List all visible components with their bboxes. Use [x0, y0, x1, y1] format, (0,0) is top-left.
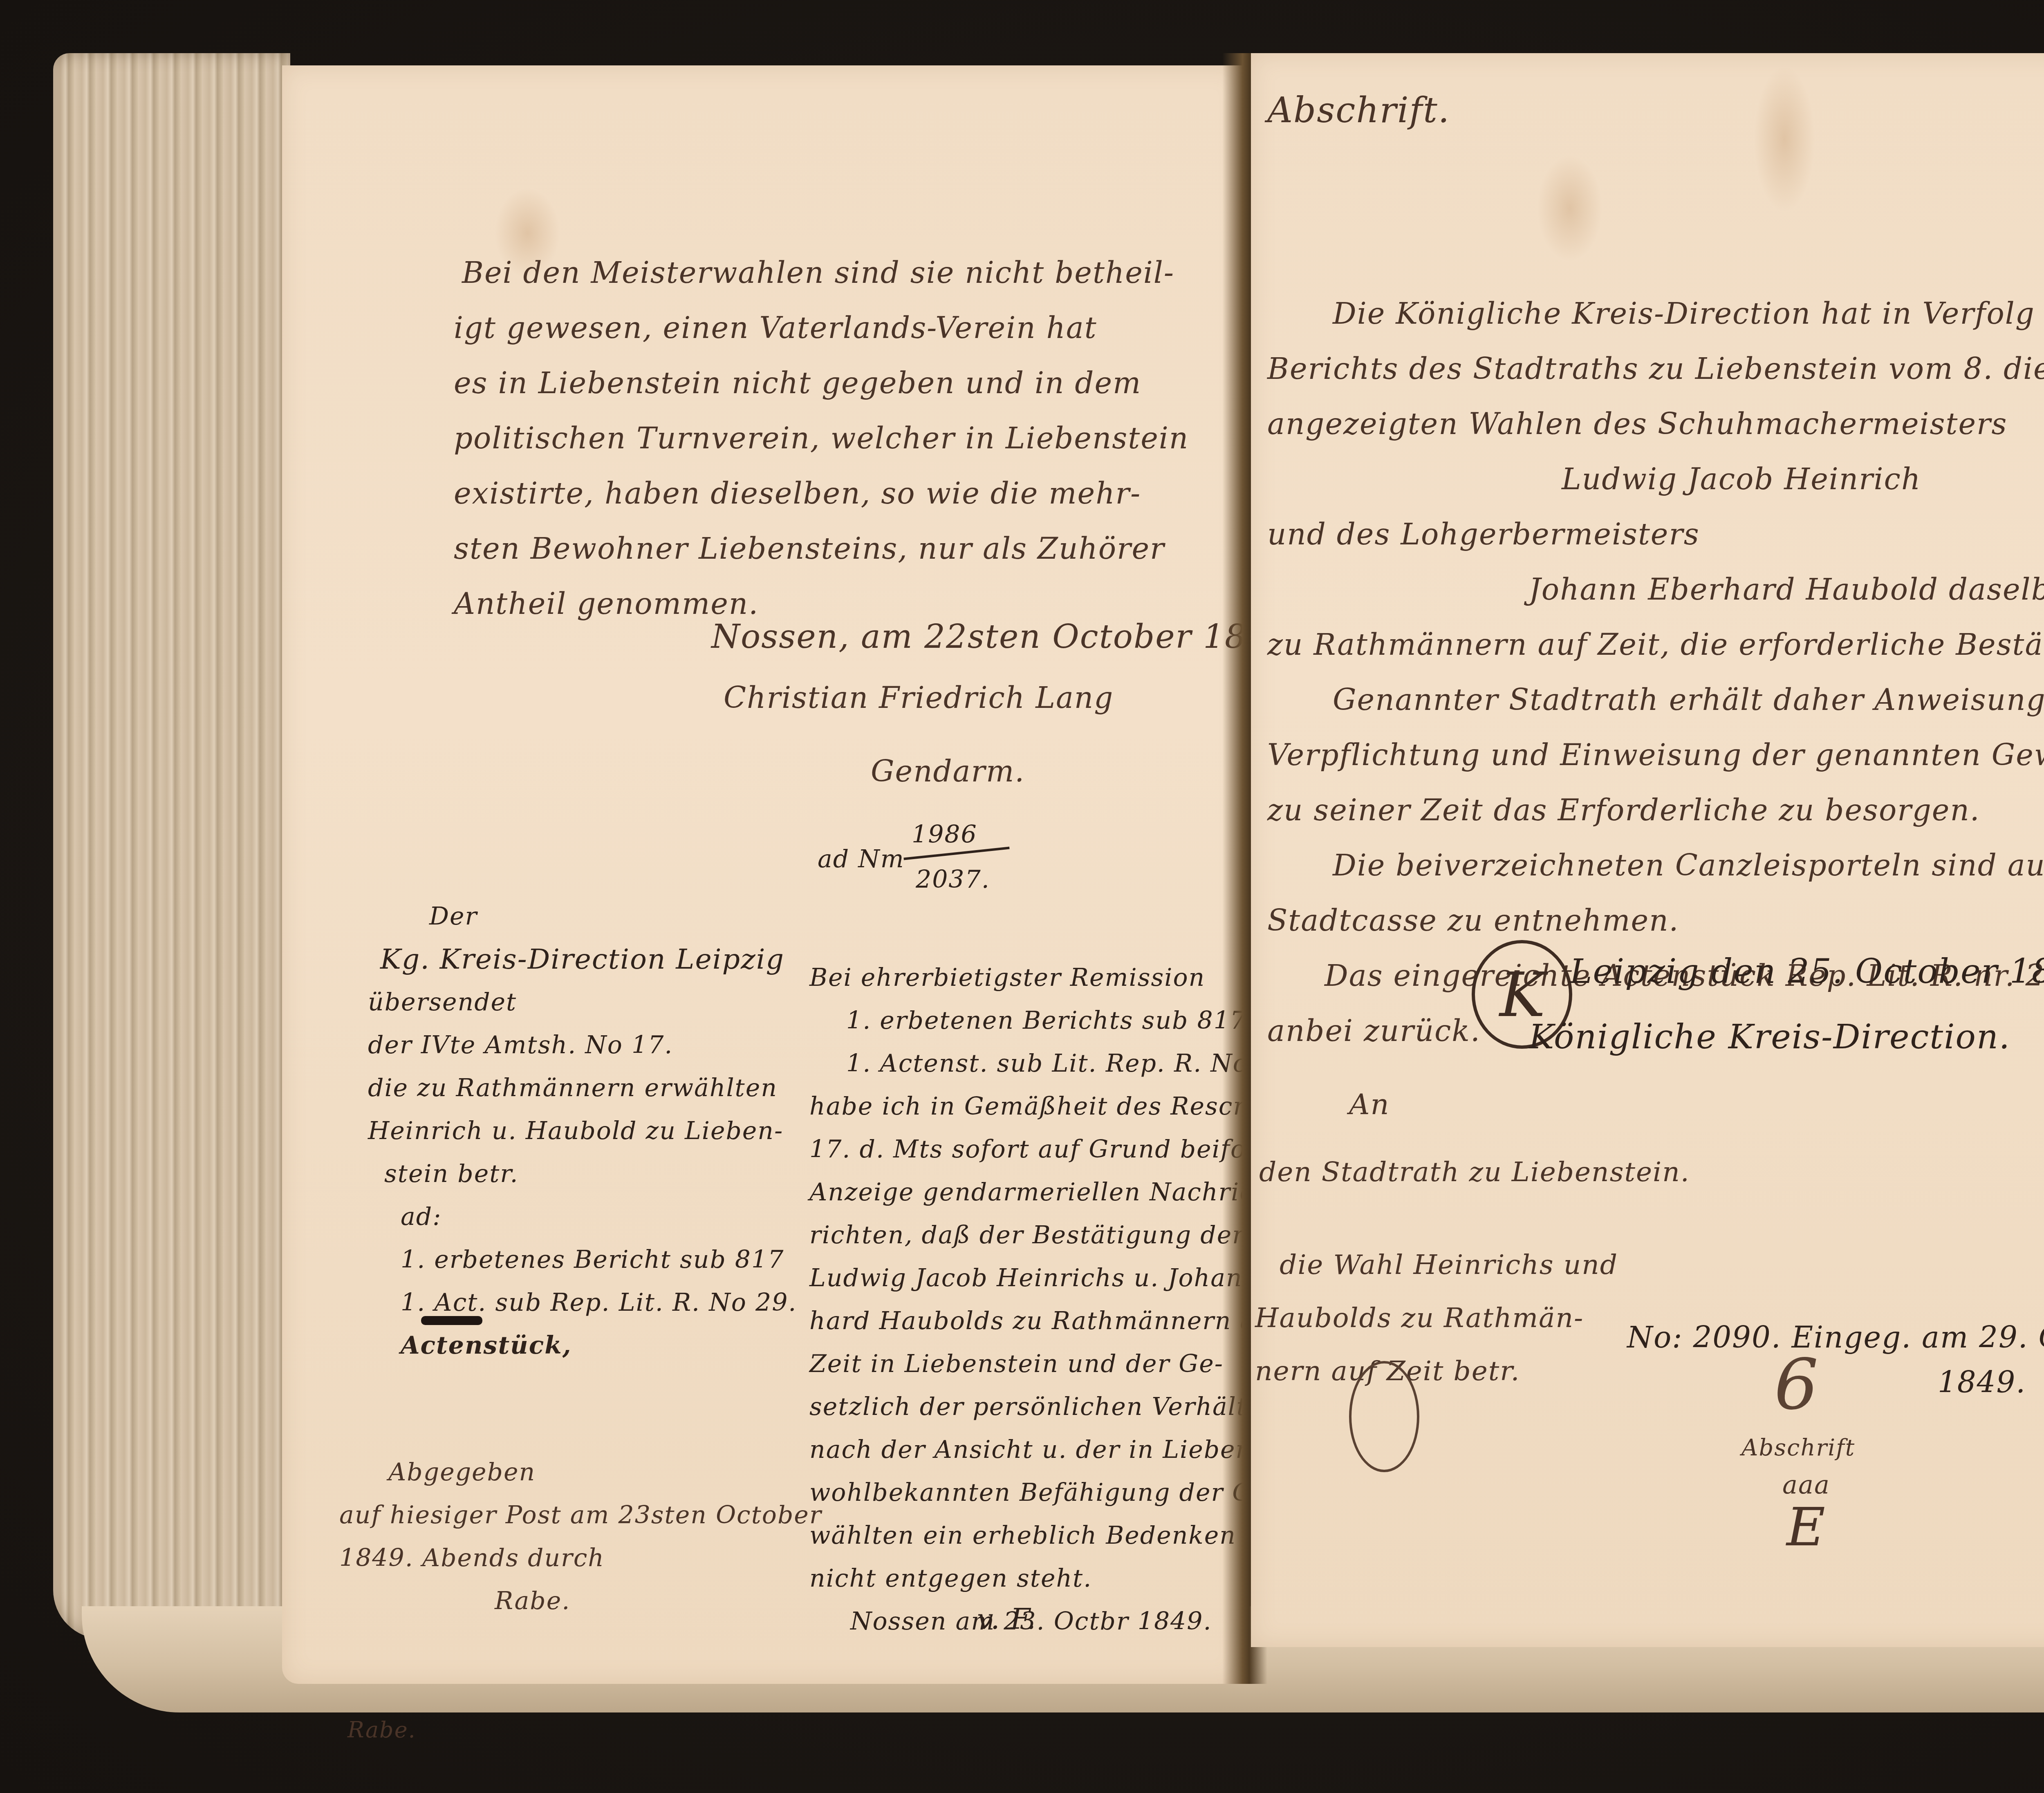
registry-number: No: 2090. Eingeg. am 29. October — [1627, 1316, 2044, 1359]
dispatch-note: Abgegeben auf hiesiger Post am 23sten Oc… — [339, 1451, 822, 1623]
dispatch-line: Abgegeben — [388, 1451, 871, 1494]
address-line: ad: — [401, 1195, 816, 1238]
text-line: sten Bewohner Liebensteins, nur als Zuhö… — [454, 521, 1189, 576]
subject-line: die Wahl Heinrichs und — [1280, 1238, 1618, 1292]
subject-line: Haubolds zu Rathmän- — [1255, 1292, 1594, 1345]
text-line: und des Lohgerbermeisters — [1267, 507, 2044, 562]
ink-strikeout — [421, 1316, 482, 1325]
dispatch-line: 1849. Abends durch — [339, 1537, 822, 1580]
ref-numerator: 1986 — [912, 813, 977, 856]
right-page: Abschrift. 171. Die Königliche Kreis-Dir… — [1251, 53, 2044, 1647]
registry-mark: E — [1786, 1496, 1826, 1558]
text-line: Verpflichtung und Einweisung der genannt… — [1267, 727, 2044, 783]
text-line: igt gewesen, einen Vaterlands-Verein hat — [454, 300, 1189, 356]
authority-signature: Königliche Kreis-Direction. — [1529, 1010, 2010, 1065]
subject-note: die Wahl Heinrichs und Haubolds zu Rathm… — [1255, 1238, 1594, 1398]
address-block: Der Kg. Kreis-Direction Leipzig übersend… — [380, 895, 796, 1367]
text-line: Ludwig Jacob Heinrich — [1562, 452, 2044, 507]
right-body-text: Die Königliche Kreis-Direction hat in Ve… — [1267, 286, 2044, 1059]
address-line: 1. erbetenes Bericht sub 817 — [401, 1238, 816, 1281]
left-role: Gendarm. — [871, 744, 1025, 799]
abschrift-header: Abschrift. — [1267, 90, 1450, 131]
left-signature: Christian Friedrich Lang — [724, 670, 1114, 725]
text-line: zu seiner Zeit das Erforderliche zu beso… — [1267, 783, 2044, 838]
left-page: Bei den Meisterwahlen sind sie nicht bet… — [282, 65, 1243, 1684]
text-line: Die beiverzeichneten Canzleisporteln sin… — [1333, 838, 2044, 893]
address-line: Heinrich u. Haubold zu Lieben- — [368, 1110, 783, 1153]
paper-stain — [1754, 65, 1815, 213]
report-initials: v. F. — [977, 1602, 1037, 1636]
text-line: Stadtcasse zu entnehmen. — [1267, 893, 2044, 948]
ref-denominator: 2037. — [916, 858, 990, 901]
paper-stain — [1537, 155, 1602, 262]
registry-year: 1849. — [1938, 1361, 2026, 1404]
registry-big-digit: 6 — [1774, 1345, 1819, 1426]
address-line: Actenstück, — [401, 1324, 816, 1367]
scanned-document: Bei den Meisterwahlen sind sie nicht bet… — [0, 0, 2044, 1793]
address-line: stein betr. — [384, 1153, 800, 1195]
text-line: Die Königliche Kreis-Direction hat in Ve… — [1333, 286, 2044, 341]
right-dateline: Leipzig den 25. October 1849. — [1570, 944, 2044, 999]
text-line: Berichts des Stadtraths zu Liebenstein v… — [1267, 341, 2044, 396]
text-line: Bei den Meisterwahlen sind sie nicht bet… — [462, 245, 1197, 300]
left-page-edges — [53, 53, 290, 1639]
left-body-text: Bei den Meisterwahlen sind sie nicht bet… — [462, 245, 1197, 631]
text-line: existirte, haben dieselben, so wie die m… — [454, 466, 1189, 521]
text-line: es in Liebenstein nicht gegeben und in d… — [454, 356, 1189, 411]
bottom-margin-note: Rabe. — [347, 1708, 416, 1751]
text-line: Johann Eberhard Haubold daselbst — [1529, 562, 2044, 617]
address-line: den Stadtrath zu Liebenstein. — [1259, 1151, 1690, 1193]
address-line: übersendet — [368, 981, 783, 1024]
text-line: zu Rathmännern auf Zeit, die erforderlic… — [1267, 617, 2044, 672]
text-line: politischen Turnverein, welcher in Liebe… — [454, 411, 1189, 466]
ref-prefix: ad Nm — [818, 838, 905, 881]
address-line: der IVte Amtsh. No 17. — [368, 1024, 783, 1067]
address-line: An — [1349, 1083, 1780, 1126]
address-line: Der — [429, 895, 845, 938]
dispatch-line: auf hiesiger Post am 23sten October — [339, 1494, 822, 1537]
text-line: angezeigten Wahlen des Schuhmachermeiste… — [1267, 396, 2044, 452]
left-dateline: Nossen, am 22sten October 1849. — [711, 609, 1301, 664]
address-to-council: An den Stadtrath zu Liebenstein. — [1284, 1083, 1715, 1169]
address-line: Kg. Kreis-Direction Leipzig — [380, 938, 796, 981]
text-line: Genannter Stadtrath erhält daher Anweisu… — [1333, 672, 2044, 727]
address-line: die zu Rathmännern erwählten — [368, 1067, 783, 1110]
subject-line: nern auf Zeit betr. — [1255, 1345, 1594, 1398]
flourish-loop — [1349, 1361, 1419, 1472]
